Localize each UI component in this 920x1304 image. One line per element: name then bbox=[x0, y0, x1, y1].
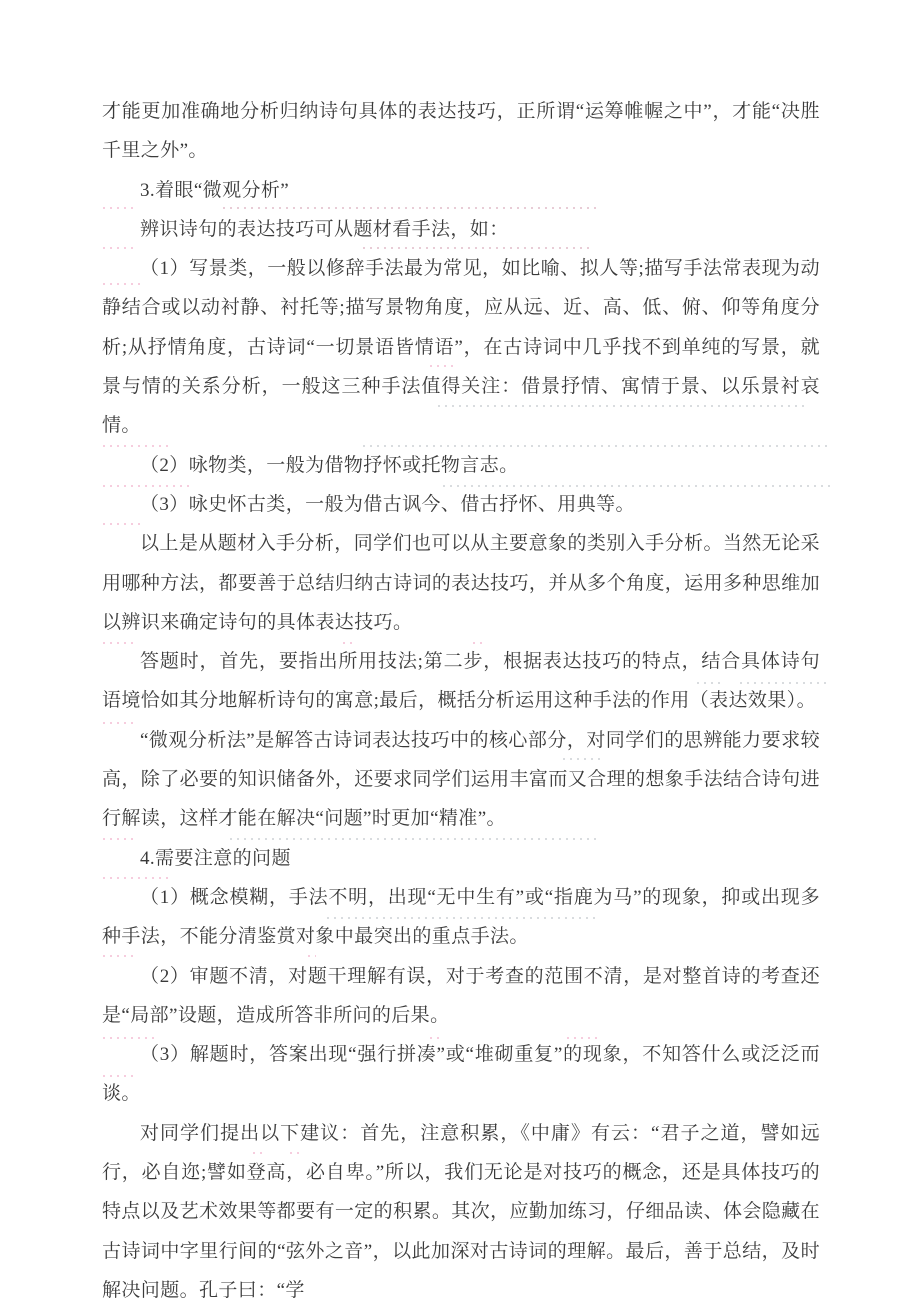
paragraph: （2）咏物类，一般为借物抒怀或托物言志。 bbox=[102, 446, 820, 485]
document-page: 才能更加准确地分析归纳诗句具体的表达技巧，正所谓“运筹帷幄之中”，才能“决胜千里… bbox=[0, 0, 920, 1304]
section-heading: 4.需要注意的问题 bbox=[102, 839, 820, 878]
paragraph: （2）审题不清，对题干理解有误，对于考查的范围不清，是对整首诗的考查还是“局部”… bbox=[102, 957, 820, 1036]
paragraph: （1）概念模糊，手法不明，出现“无中生有”或“指鹿为马”的现象，抑或出现多种手法… bbox=[102, 878, 820, 957]
paragraph: “微观分析法”是解答古诗词表达技巧中的核心部分，对同学们的思辨能力要求较高，除了… bbox=[102, 721, 820, 839]
section-heading: 3.着眼“微观分析” bbox=[102, 171, 820, 210]
paragraph: 答题时，首先，要指出所用技法;第二步，根据表达技巧的特点，结合具体诗句语境恰如其… bbox=[102, 642, 820, 721]
paragraph: （1）写景类，一般以修辞手法最为常见，如比喻、拟人等;描写手法常表现为动静结合或… bbox=[102, 249, 820, 445]
paragraph: 以上是从题材入手分析，同学们也可以从主要意象的类别入手分析。当然无论采用哪种方法… bbox=[102, 524, 820, 642]
paragraph: 对同学们提出以下建议：首先，注意积累，《中庸》有云：“君子之道，譬如远行，必自迩… bbox=[102, 1114, 820, 1304]
paragraph: 才能更加准确地分析归纳诗句具体的表达技巧，正所谓“运筹帷幄之中”，才能“决胜千里… bbox=[102, 92, 820, 171]
paragraph: （3）解题时，答案出现“强行拼凑”或“堆砌重复”的现象，不知答什么或泛泛而谈。 bbox=[102, 1035, 820, 1114]
paragraph: （3）咏史怀古类，一般为借古讽今、借古抒怀、用典等。 bbox=[102, 485, 820, 524]
paragraph: 辨识诗句的表达技巧可从题材看手法，如： bbox=[102, 210, 820, 249]
document-content: 才能更加准确地分析归纳诗句具体的表达技巧，正所谓“运筹帷幄之中”，才能“决胜千里… bbox=[102, 92, 820, 1304]
